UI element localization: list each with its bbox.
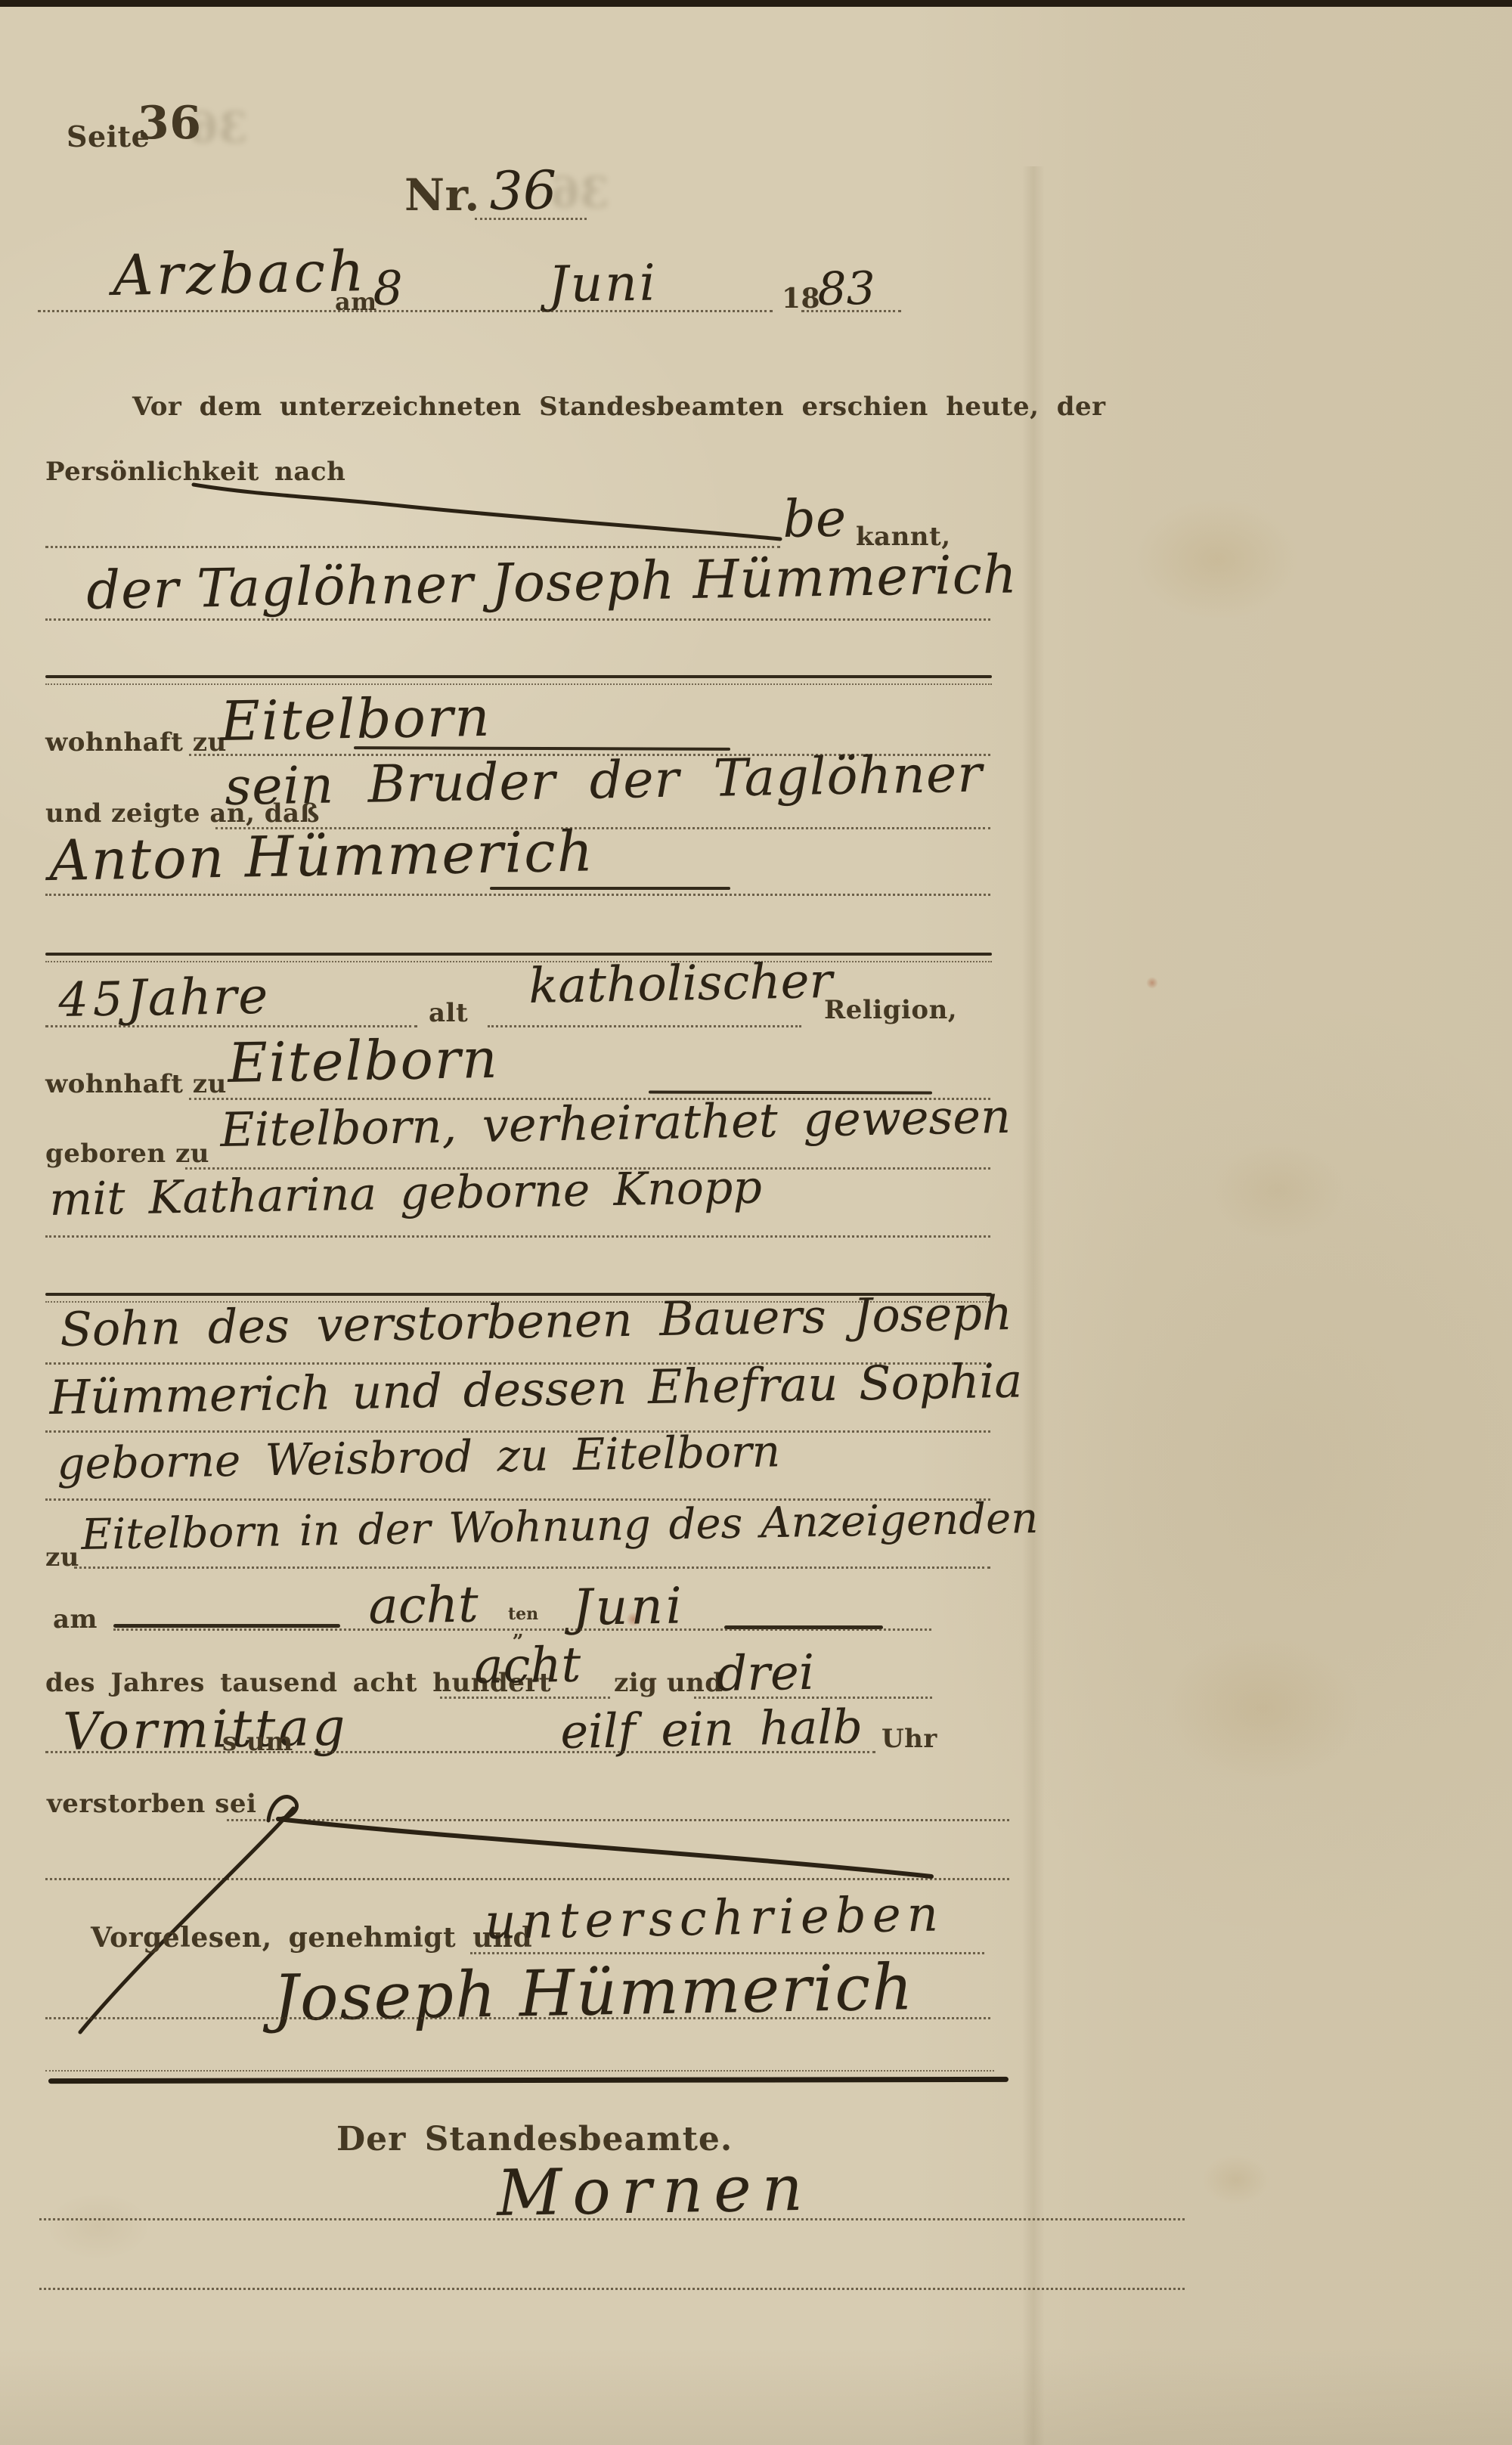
dotted-line xyxy=(488,1025,801,1027)
zig-und-label: zig und xyxy=(614,1668,723,1698)
death-day-word: acht xyxy=(368,1575,479,1635)
dotted-line xyxy=(801,310,901,312)
dotted-line xyxy=(475,218,587,220)
closing-rule xyxy=(48,2077,1009,2084)
paper-stain xyxy=(1146,977,1158,989)
paper-stain xyxy=(1134,499,1300,620)
paper-stain xyxy=(1164,1633,1361,1784)
intro-text: Vor dem unterzeichneten Standesbeamten e… xyxy=(132,392,1106,422)
hour-written: eilf ein halb xyxy=(560,1699,863,1759)
dotted-line xyxy=(45,1751,875,1753)
am-death-label: am xyxy=(53,1604,98,1635)
dotted-line xyxy=(45,894,990,896)
record-number-value: 36 xyxy=(489,159,557,222)
dotted-line xyxy=(45,618,990,621)
day-value: 8 xyxy=(373,260,404,316)
paper-crease xyxy=(1022,166,1045,2445)
parents-line-1: Sohn des verstorbenen Bauers Joseph xyxy=(60,1285,1013,1357)
crossout-stroke xyxy=(80,1808,293,2032)
verstorben-sei-label: verstorben sei xyxy=(47,1789,256,1819)
uhr-label: Uhr xyxy=(881,1724,937,1754)
parents-line-3: geborne Weisbrod zu Eitelborn xyxy=(57,1425,781,1489)
declarant-signature: Joseph Hümmerich xyxy=(272,1950,915,2035)
religion-value: katholischer xyxy=(528,953,833,1015)
paper-stain xyxy=(1210,1142,1346,1240)
crossout-stroke xyxy=(194,485,780,539)
religion-label: Religion, xyxy=(824,995,957,1025)
crossout-loop xyxy=(268,1796,297,1821)
record-number-label: Nr. xyxy=(404,169,480,221)
page-number: 36 xyxy=(138,97,202,150)
dotted-line xyxy=(38,310,773,312)
dotted-line xyxy=(440,1697,610,1699)
be-written: be xyxy=(782,489,847,550)
dotted-line xyxy=(45,683,992,685)
section-rule xyxy=(45,675,992,678)
geboren-zu-label: geboren zu xyxy=(45,1139,209,1169)
paper-stain xyxy=(1202,2155,1270,2205)
dotted-line xyxy=(39,2288,1185,2290)
bleed-through-ghost: 36 xyxy=(550,168,609,218)
dotted-line xyxy=(39,2218,1185,2220)
dotted-line xyxy=(45,1025,417,1027)
dotted-line xyxy=(45,1235,990,1238)
crossout-stroke xyxy=(278,1819,931,1876)
declarant-name: der Taglöhner Joseph Hümmerich xyxy=(86,544,1018,621)
dotted-line xyxy=(694,1697,932,1699)
wohnhaft-zu-label: wohnhaft zu xyxy=(45,727,227,758)
scan-top-edge xyxy=(0,0,1512,7)
death-place-text: Eitelborn in der Wohnung des Anzeigenden xyxy=(81,1494,1039,1560)
deceased-name: Anton Hümmerich xyxy=(48,819,594,894)
section-rule xyxy=(45,953,992,956)
dotted-line xyxy=(45,2070,994,2072)
paper-stain xyxy=(45,2192,151,2261)
dotted-line xyxy=(74,1566,990,1569)
alt-label: alt xyxy=(429,998,468,1028)
dotted-line xyxy=(227,1819,1009,1821)
dotted-line xyxy=(45,1878,1009,1880)
wohnhaft-zu-label: wohnhaft zu xyxy=(45,1069,227,1099)
declarant-residence: Eitelborn xyxy=(220,685,492,753)
relation-text: sein Bruder der Taglöhner xyxy=(225,745,984,817)
deceased-residence: Eitelborn xyxy=(228,1027,500,1095)
dotted-line xyxy=(45,2017,990,2019)
year-tens: acht xyxy=(474,1638,581,1695)
persoenlichkeit-label: Persönlichkeit nach xyxy=(45,457,345,487)
place-value: Arzbach xyxy=(112,239,367,308)
closing-written: unterschrieben xyxy=(485,1886,945,1951)
dotted-line xyxy=(45,546,780,548)
year-ones: drei xyxy=(716,1645,815,1703)
dotted-line xyxy=(45,961,992,962)
dotted-line xyxy=(113,1628,931,1631)
age-number: 45 xyxy=(58,971,128,1027)
month-value: Juni xyxy=(548,253,658,314)
spouse-text: mit Katharina geborne Knopp xyxy=(49,1161,763,1226)
closing-printed: Vorgelesen, genehmigt und xyxy=(91,1922,532,1954)
blank-filler-line xyxy=(113,1624,340,1628)
year-written: 83 xyxy=(817,262,876,316)
filler-line xyxy=(490,887,730,890)
death-register-page: 36 36 Seite 36 Nr. 36 Arzbach am 8 Juni … xyxy=(0,0,1512,2445)
age-unit: Jahre xyxy=(126,967,270,1027)
